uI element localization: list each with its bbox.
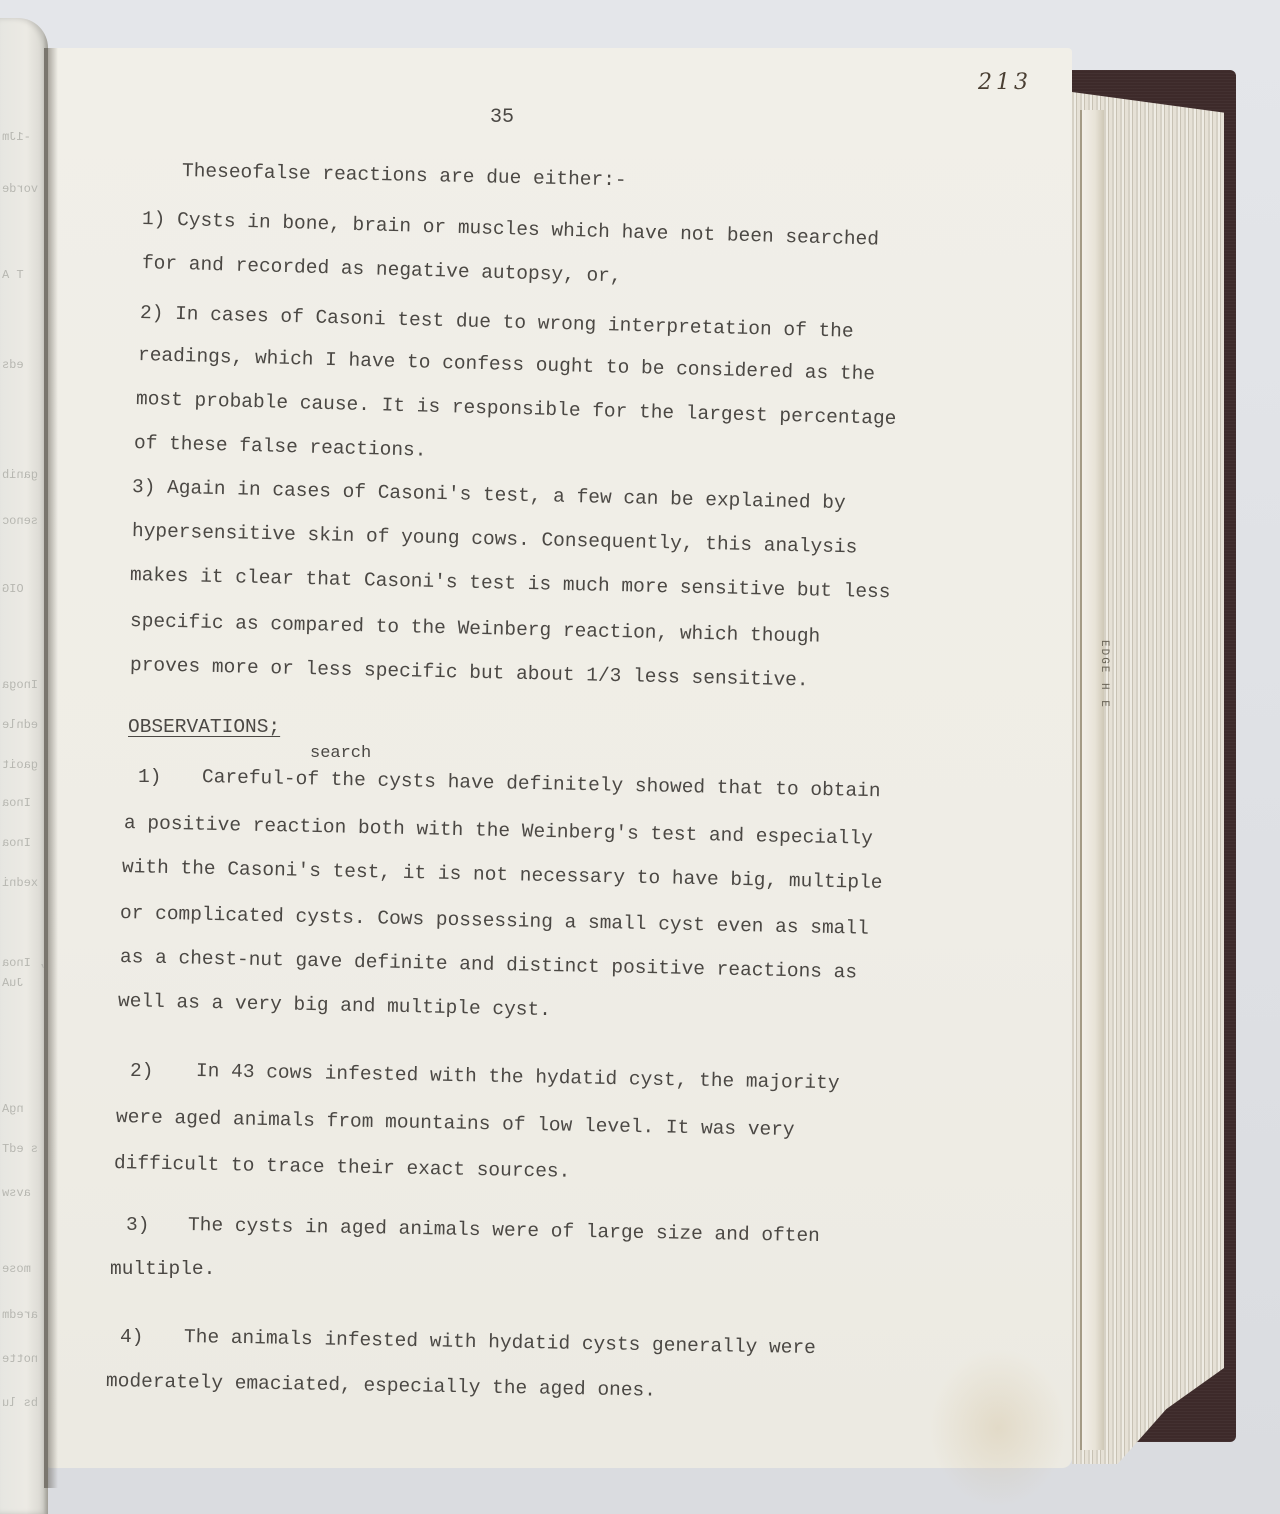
ghost-text: JuA (2, 976, 24, 990)
ghost-text: senoc (2, 514, 38, 528)
reason-2-line: readings, which I have to confess ought … (138, 344, 876, 385)
observation-number: 2) (130, 1060, 153, 1082)
observations-heading: OBSERVATIONS; (128, 716, 280, 738)
reason-2-line: of these false reactions. (134, 432, 427, 462)
ghost-text: bs lu (2, 1396, 38, 1410)
ghost-text: mose (2, 1262, 31, 1276)
water-stain (928, 1348, 1068, 1508)
gutter-shadow (44, 48, 58, 1488)
ghost-text: eds (2, 358, 24, 372)
ghost-text: avsw (2, 1186, 31, 1200)
observation-1-line: well as a very big and multiple cyst. (118, 990, 551, 1021)
document-page: 213 35 Theseofalse reactions are due eit… (48, 48, 1072, 1468)
ghost-text: T A (2, 268, 24, 282)
reason-3-line: makes it clear that Casoni's test is muc… (130, 564, 891, 603)
ghost-text: -1Jm (2, 130, 31, 144)
previous-page-edge: -1Jm vorde T A eds ganib senoc OIG Inoga… (0, 18, 48, 1514)
ghost-text: ngA (2, 1102, 24, 1116)
page-number: 35 (490, 106, 514, 129)
observation-2-line: were aged animals from mountains of low … (116, 1106, 795, 1141)
reason-3-line: 3) Again in cases of Casoni's test, a fe… (132, 476, 846, 514)
ghost-text: , Inoa (2, 956, 45, 970)
ghost-text: Inoa (2, 796, 31, 810)
ghost-text: Inoga (2, 678, 38, 692)
observation-1-line: with the Casoni's test, it is not necess… (122, 856, 883, 894)
ghost-text: xedni (2, 876, 38, 890)
reason-3-line: hypersensitive skin of young cows. Conse… (132, 520, 858, 558)
ghost-text: Inoa (2, 836, 31, 850)
observation-2-line: difficult to trace their exact sources. (114, 1152, 571, 1183)
reason-1-line: for and recorded as negative autopsy, or… (142, 252, 622, 287)
observation-4-line: The animals infested with hydatid cysts … (184, 1326, 816, 1359)
observation-1-line: a positive reaction both with the Weinbe… (124, 812, 873, 850)
observation-3-line: The cysts in aged animals were of large … (188, 1214, 820, 1247)
ghost-text: aredm (2, 1308, 38, 1322)
inserted-sheet-edge (1080, 110, 1104, 1450)
observation-1-line: Careful-of the cysts have definitely sho… (202, 766, 881, 802)
ghost-text: vorde (2, 182, 38, 196)
observation-1-line: or complicated cysts. Cows possessing a … (120, 902, 869, 940)
observation-2-line: In 43 cows infested with the hydatid cys… (196, 1060, 840, 1094)
handwritten-insertion: search (310, 744, 371, 763)
ghost-text: ganib (2, 468, 38, 482)
observation-number: 4) (120, 1326, 143, 1348)
observation-4-line: moderately emaciated, especially the age… (106, 1370, 656, 1402)
ghost-text: notte (2, 1352, 38, 1366)
reason-3-line: specific as compared to the Weinberg rea… (130, 610, 821, 648)
ghost-text: OIG (2, 582, 24, 596)
observation-1-line: as a chest-nut gave definite and distinc… (120, 946, 858, 983)
observation-3-line: multiple. (110, 1258, 215, 1280)
reason-3-line: proves more or less specific but about 1… (130, 654, 809, 691)
observation-number: 1) (138, 766, 161, 788)
ghost-text: s edT (2, 1142, 38, 1156)
ghost-text: ednle (2, 718, 38, 732)
ghost-text: gaoit (2, 758, 38, 772)
reason-2-line: 2) In cases of Casoni test due to wrong … (140, 302, 854, 343)
reason-1-line: 1) Cysts in bone, brain or muscles which… (142, 208, 880, 251)
intro-line: Theseofalse reactions are due either:- (182, 160, 627, 191)
reason-2-line: most probable cause. It is responsible f… (136, 388, 897, 430)
observation-number: 3) (126, 1214, 149, 1236)
handwritten-folio-number: 213 (978, 70, 1032, 95)
page-edge-marking: EDGE H E (1098, 640, 1110, 709)
